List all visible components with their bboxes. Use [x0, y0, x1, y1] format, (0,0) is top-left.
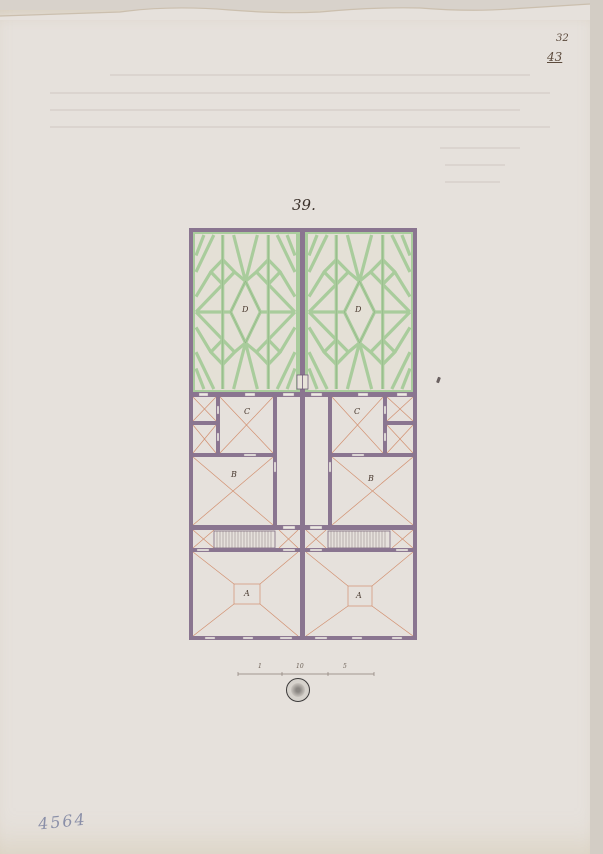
staircase-right	[328, 531, 390, 548]
scale-label-5: 5	[343, 663, 347, 670]
floor-plan	[0, 0, 603, 854]
room-label-b-right: B	[368, 474, 374, 483]
room-label-a-left: A	[244, 589, 250, 598]
room-label-c-right: C	[354, 407, 360, 416]
room-label-a-right: A	[356, 591, 362, 600]
room-label-b-left: B	[231, 470, 237, 479]
garden-gate	[297, 375, 308, 389]
room-label-garden-left: D	[242, 305, 248, 314]
room-label-c-left: C	[244, 407, 250, 416]
room-label-garden-right: D	[355, 305, 361, 314]
scale-label-10: 10	[296, 663, 304, 670]
scale-bar	[238, 672, 374, 676]
scale-label-1: 1	[258, 663, 262, 670]
collection-stamp	[286, 678, 310, 702]
stamp-emblem-icon	[291, 683, 305, 697]
staircase-left	[214, 531, 275, 548]
